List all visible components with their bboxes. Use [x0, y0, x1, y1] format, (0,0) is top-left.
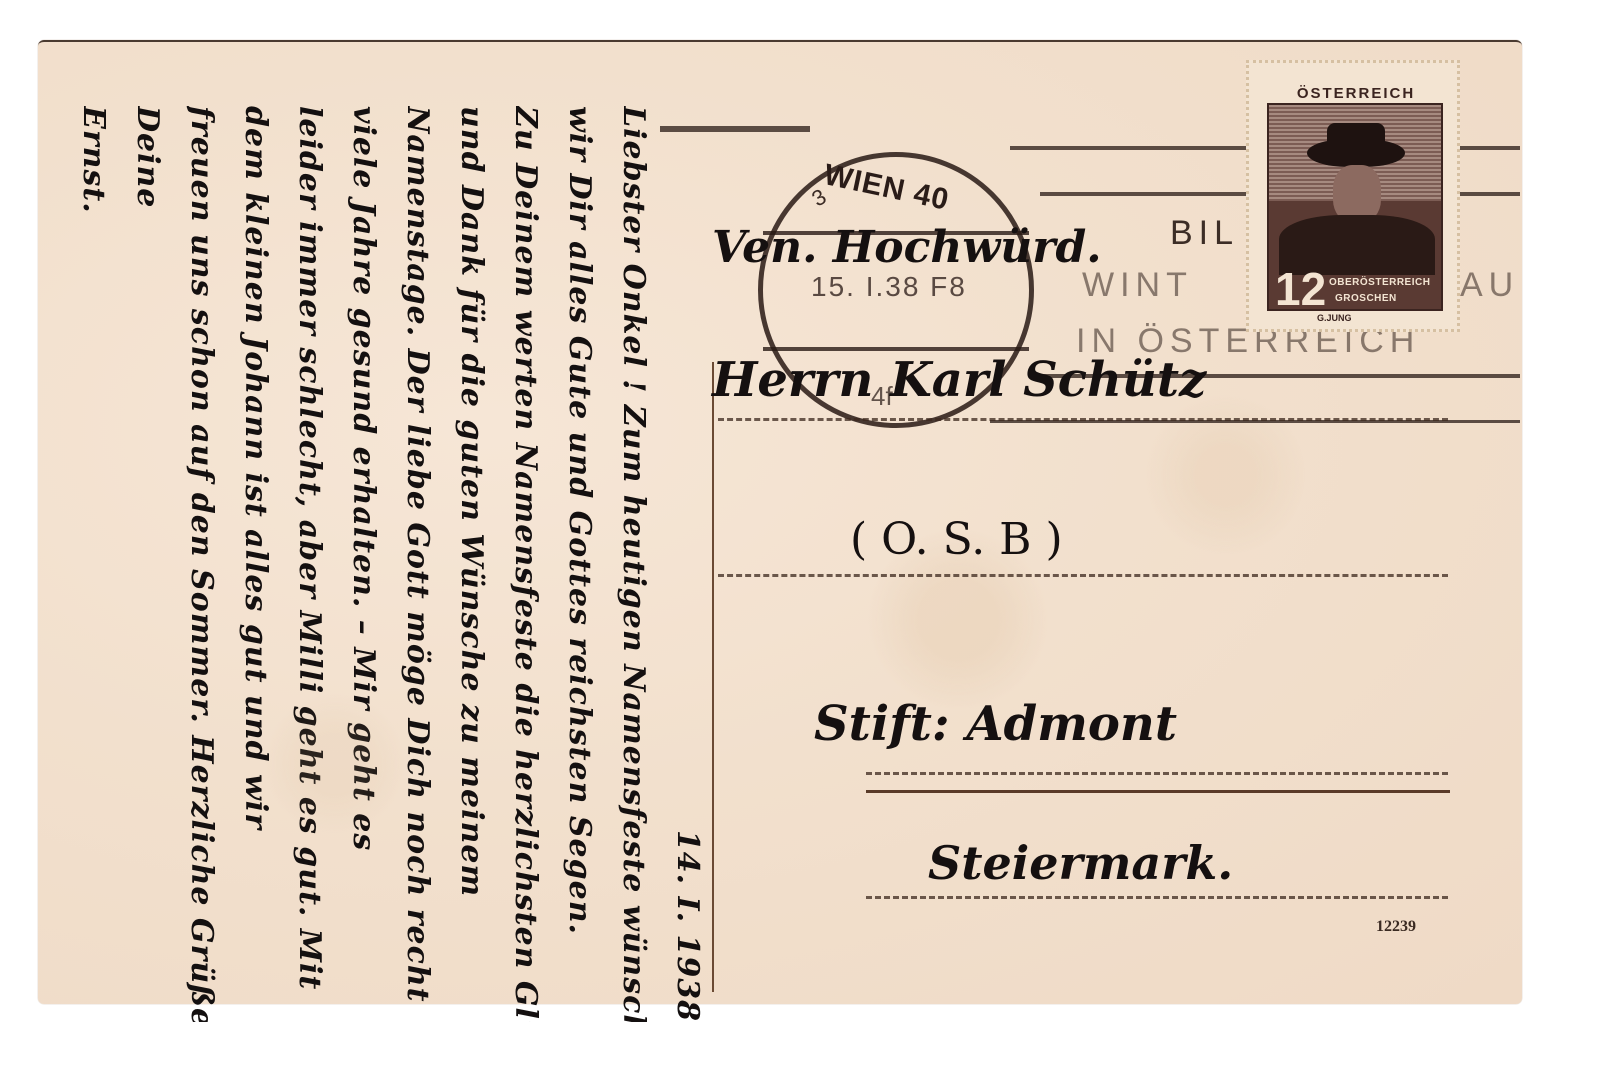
- address-dotted-line: [718, 574, 1448, 577]
- address-line-5: Steiermark.: [928, 836, 1233, 890]
- stamp-artist: G.JUNG: [1317, 313, 1352, 323]
- message-line: wir Dir alles Gute und Gottes reichsten …: [552, 106, 606, 1022]
- slogan-text-line2b: AU: [1460, 266, 1519, 305]
- address-dotted-line: [866, 772, 1448, 775]
- message-line: Zu Deinem werten Namensfeste die herzlic…: [498, 106, 552, 1022]
- address-solid-rule: [866, 790, 1450, 793]
- postmark-date: 15. I.38 F8: [811, 271, 967, 303]
- slogan-text-line1: BIL: [1170, 214, 1239, 253]
- address-line-3: ( O. S. B ): [850, 514, 1063, 565]
- address-dotted-line: [718, 418, 1448, 421]
- address-dotted-line: [866, 896, 1448, 899]
- card-number: 12239: [1376, 918, 1416, 936]
- vertical-divider: [712, 362, 714, 992]
- message-line: freuen uns schon auf den Sommer. Herzlic…: [174, 106, 228, 1022]
- stamp-country: ÖSTERREICH: [1263, 85, 1449, 102]
- stamp-portrait: 12 OBERÖSTERREICH GROSCHEN: [1267, 103, 1443, 311]
- stamp-currency: GROSCHEN: [1335, 293, 1397, 304]
- message-date: 14. I. 1938: [660, 106, 714, 1022]
- message-line: dem kleinen Johann ist alles gut und wir: [228, 106, 282, 1022]
- message-line: leider immer schlecht, aber Milli geht e…: [282, 106, 336, 1022]
- stamp-value: 12: [1275, 267, 1326, 311]
- message-line: und Dank für die guten Wünsche zu meinem: [444, 106, 498, 1022]
- address-line-1: Ven. Hochwürd.: [712, 222, 1102, 273]
- message-line: Deine: [120, 106, 174, 1022]
- address-line-4: Stift: Admont: [814, 696, 1177, 752]
- message-line: Namenstage. Der liebe Gott möge Dich noc…: [390, 106, 444, 1022]
- address-line-2: Herrn Karl Schütz: [712, 352, 1206, 408]
- stamp-region: OBERÖSTERREICH: [1329, 277, 1430, 288]
- postage-stamp: ÖSTERREICH 12 OBERÖSTERREICH GROSCHEN G.…: [1246, 60, 1460, 332]
- postmark-city: WIEN 40: [821, 158, 952, 218]
- handwritten-message: 14. I. 1938 Liebster Onkel ! Zum heutige…: [78, 86, 728, 1042]
- message-line: viele Jahre gesund erhalten. – Mir geht …: [336, 106, 390, 1022]
- message-signature: Ernst.: [78, 106, 120, 1022]
- message-line: Liebster Onkel ! Zum heutigen Namensfest…: [606, 106, 660, 1022]
- hat-icon: [1307, 139, 1405, 167]
